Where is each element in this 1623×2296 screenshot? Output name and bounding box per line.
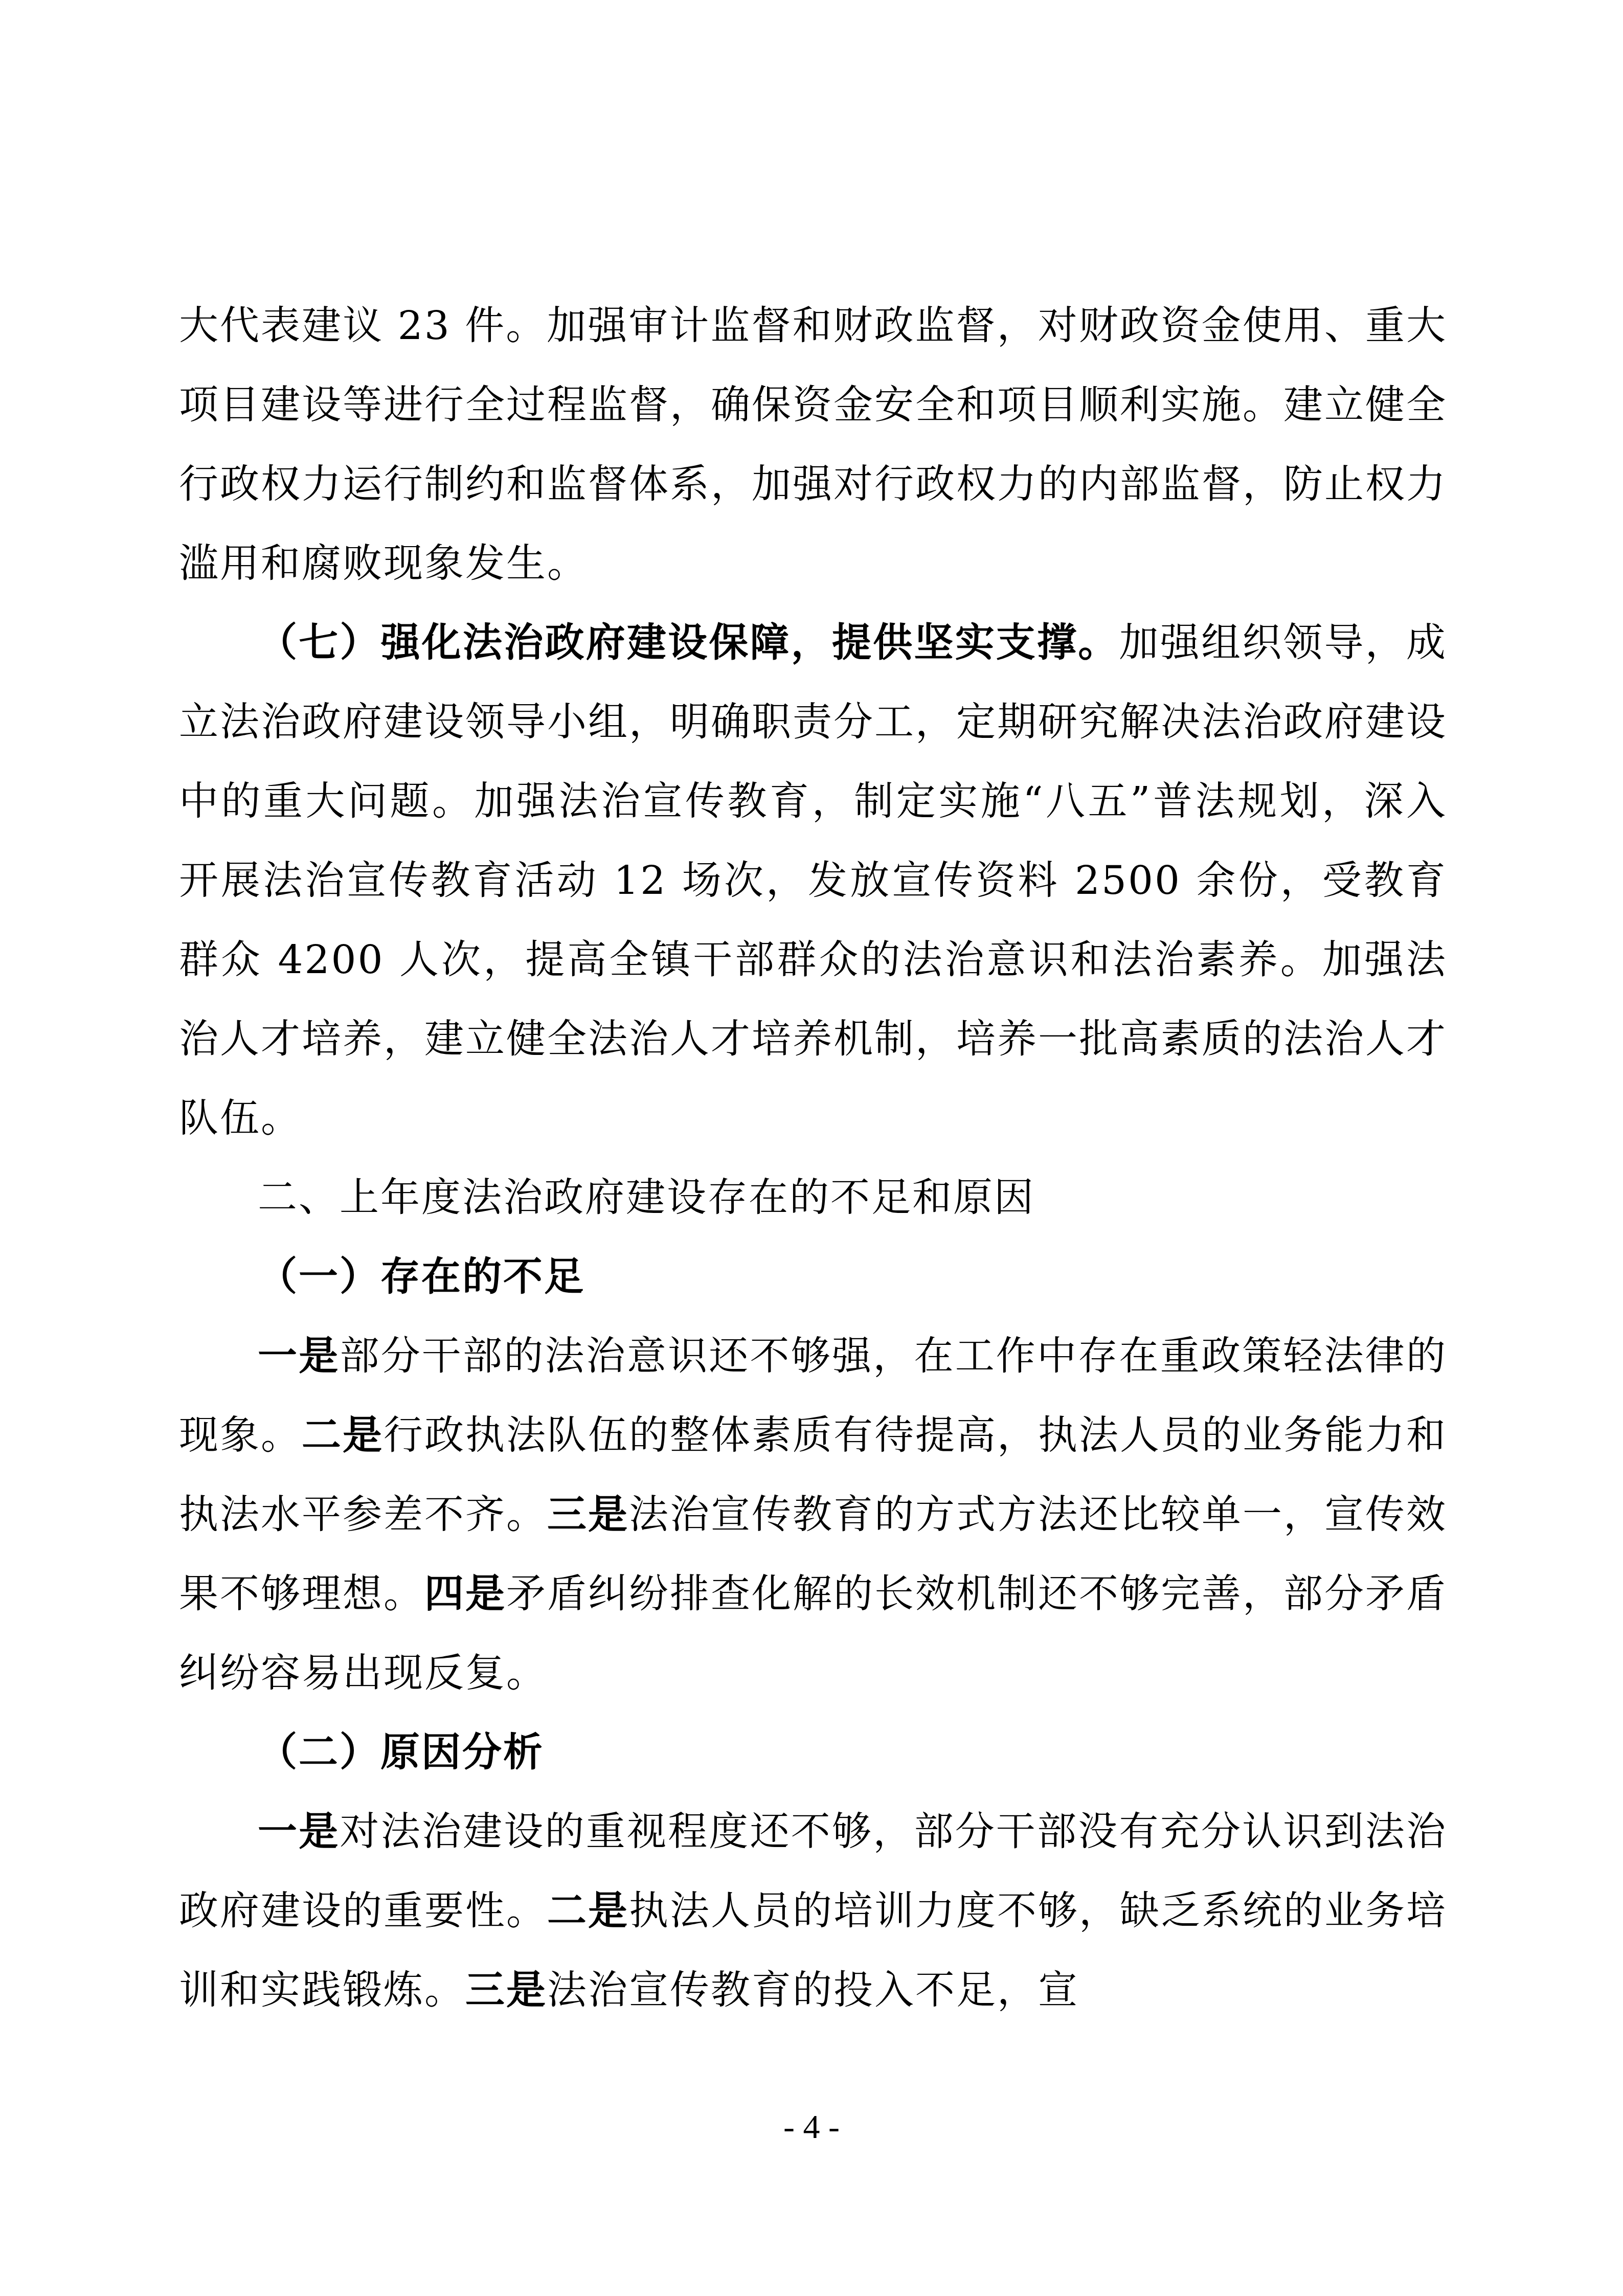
subheading-text: （一）存在的不足 (258, 1254, 585, 1300)
item-marker-3: 三是 (547, 1492, 629, 1538)
section-seven-title: （七）强化法治政府建设保障，提供坚实支撑。 (258, 620, 1119, 666)
item-text-3: 法治宣传教育的投入不足，宣 (547, 1968, 1079, 2013)
item-marker-1: 一是 (258, 1809, 340, 1855)
page-number: - 4 - (0, 2107, 1623, 2148)
heading-part-two: 二、上年度法治政府建设存在的不足和原因 (179, 1158, 1447, 1237)
heading-text: 二、上年度法治政府建设存在的不足和原因 (258, 1175, 1035, 1221)
item-marker-2: 二是 (302, 1412, 384, 1458)
paragraph-text: 大代表建议 23 件。加强审计监督和财政监督，对财政资金使用、重大项目建设等进行… (179, 303, 1447, 587)
subheading-text: （二）原因分析 (258, 1729, 544, 1775)
document-page: 大代表建议 23 件。加强审计监督和财政监督，对财政资金使用、重大项目建设等进行… (179, 286, 1447, 2030)
item-marker-4: 四是 (424, 1571, 506, 1617)
item-marker-1: 一是 (258, 1333, 340, 1379)
paragraph-section-seven: （七）强化法治政府建设保障，提供坚实支撑。加强组织领导，成立法治政府建设领导小组… (179, 603, 1447, 1158)
paragraph-causes: 一是对法治建设的重视程度还不够，部分干部没有充分认识到法治政府建设的重要性。二是… (179, 1792, 1447, 2030)
subheading-cause-analysis: （二）原因分析 (179, 1713, 1447, 1792)
paragraph-shortcomings: 一是部分干部的法治意识还不够强，在工作中存在重政策轻法律的现象。二是行政执法队伍… (179, 1317, 1447, 1713)
item-marker-3: 三是 (465, 1967, 547, 2013)
paragraph-text: 加强组织领导，成立法治政府建设领导小组，明确职责分工，定期研究解决法治政府建设中… (179, 620, 1447, 1141)
subheading-shortcomings: （一）存在的不足 (179, 1237, 1447, 1317)
item-marker-2: 二是 (547, 1888, 629, 1934)
paragraph-supervision: 大代表建议 23 件。加强审计监督和财政监督，对财政资金使用、重大项目建设等进行… (179, 286, 1447, 603)
